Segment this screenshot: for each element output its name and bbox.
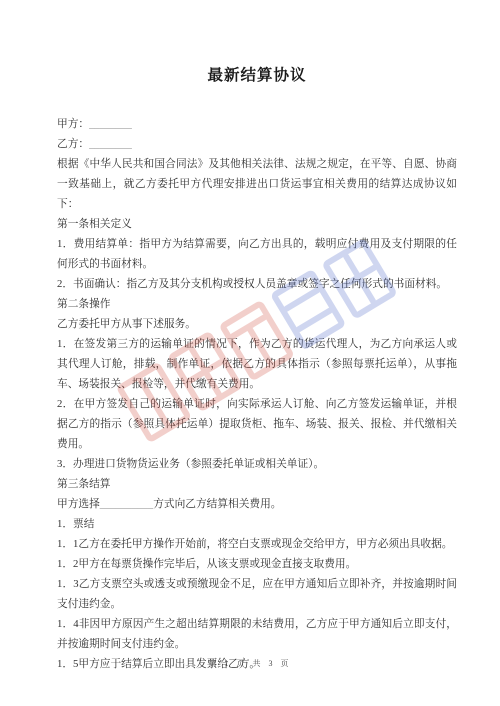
section2-intro: 乙方委托甲方从事下述服务。 — [57, 314, 457, 334]
document-body: 甲方：________ 乙方：________ 根据《中华人民共和国合同法》及其… — [57, 114, 457, 674]
clause-3-1: 1．票结 — [57, 514, 457, 534]
clause-2-2: 2．在甲方签发自己的运输单证时，向实际承运人订舱、向乙方签发运输单证，并根据乙方… — [57, 394, 457, 454]
clause-1-2: 2．书面确认：指乙方及其分支机构或授权人员盖章或签字之任何形式的书面材料。 — [57, 274, 457, 294]
party-a-blank: ________ — [89, 118, 132, 130]
intro-paragraph: 根据《中华人民共和国合同法》及其他相关法律、法规之规定，在平等、自愿、协商一致基… — [57, 154, 457, 214]
party-a-label: 甲方： — [57, 118, 89, 130]
clause-3-1-3: 1．3乙方支票空头或透支或预缴现金不足，应在甲方通知后立即补齐，并按逾期时间支付… — [57, 574, 457, 614]
settlement-choose-blank: __________ — [100, 498, 153, 510]
party-b-blank: ________ — [89, 138, 132, 150]
party-b-line: 乙方：________ — [57, 134, 457, 154]
party-b-label: 乙方： — [57, 138, 89, 150]
page-number-footer: 第 1 页 共 3 页 — [0, 658, 500, 669]
clause-3-1-2: 1．2甲方在每票货操作完毕后，从该支票或现金直接支取费用。 — [57, 554, 457, 574]
settlement-choose-line: 甲方选择__________方式向乙方结算相关费用。 — [57, 494, 457, 514]
section2-heading: 第二条操作 — [57, 294, 457, 314]
clause-3-1-4: 1．4非因甲方原因产生之超出结算期限的未结费用，乙方应于甲方通知后立即支付，并按… — [57, 614, 457, 654]
page-title: 最新结算协议 — [57, 64, 457, 88]
clause-1-1: 1．费用结算单：指甲方为结算需要，向乙方出具的，载明应付费用及支付期限的任何形式… — [57, 234, 457, 274]
document-page: 最新结算协议 甲方：________ 乙方：________ 根据《中华人民共和… — [0, 0, 500, 706]
settlement-choose-suffix: 方式向乙方结算相关费用。 — [153, 498, 281, 510]
section1-heading: 第一条相关定义 — [57, 214, 457, 234]
clause-2-3: 3．办理进口货物货运业务（参照委托单证或相关单证）。 — [57, 454, 457, 474]
clause-2-1: 1．在签发第三方的运输单证的情况下，作为乙方的货运代理人，为乙方向承运人或其代理… — [57, 334, 457, 394]
party-a-line: 甲方：________ — [57, 114, 457, 134]
settlement-choose-prefix: 甲方选择 — [57, 498, 100, 510]
section3-heading: 第三条结算 — [57, 474, 457, 494]
clause-3-1-1: 1．1乙方在委托甲方操作开始前，将空白支票或现金交给甲方，甲方必须出具收据。 — [57, 534, 457, 554]
